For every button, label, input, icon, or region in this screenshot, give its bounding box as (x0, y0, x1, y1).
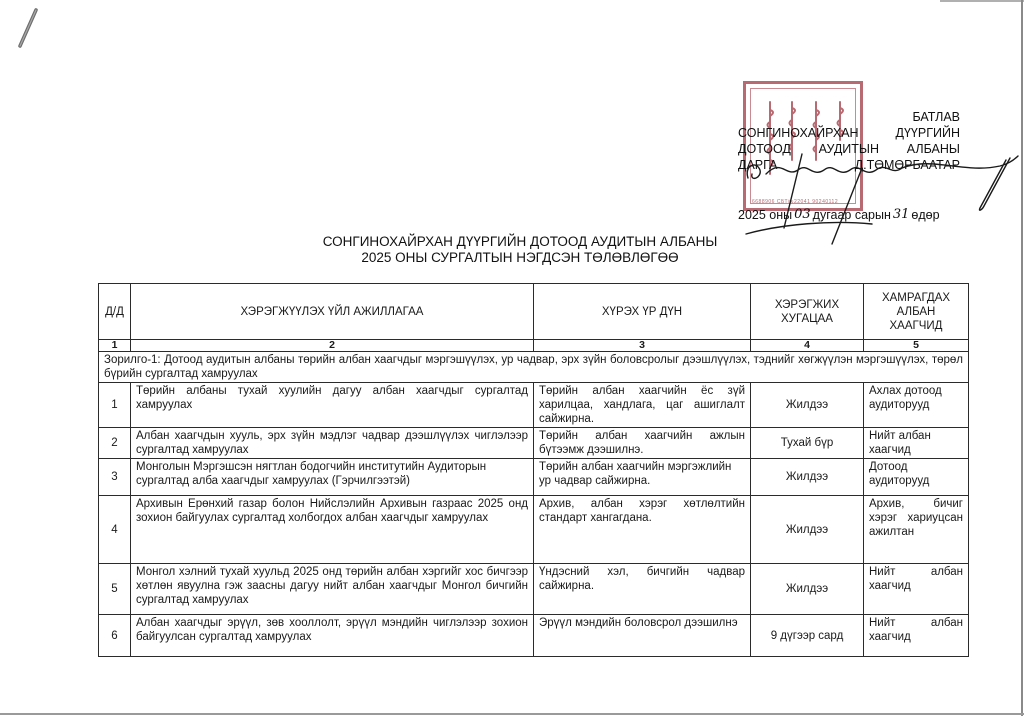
column-number: 5 (864, 340, 969, 352)
activity-cell: Монгол хэлний тухай хуульд 2025 онд төри… (131, 564, 534, 615)
row-number: 3 (99, 459, 131, 496)
title-line: 2025 ОНЫ СУРГАЛТЫН НЭГДСЭН ТӨЛӨВЛӨГӨӨ (250, 250, 790, 266)
goal-row: Зорилго-1: Дотоод аудитын албаны төрийн … (99, 352, 969, 383)
column-number: 3 (534, 340, 751, 352)
page-edge (940, 0, 1024, 2)
participants-cell: Архив, бичиг хэрэг хариуцсан ажилтан (864, 496, 969, 564)
result-cell: Архив, албан хэрэг хөтлөлтийн стандарт х… (534, 496, 751, 564)
table-row: 1 Төрийн албаны тухай хуулийн дагуу алба… (99, 383, 969, 428)
result-cell: Төрийн албан хаагчийн мэргэжлийн ур чадв… (534, 459, 751, 496)
title-line: СОНГИНОХАЙРХАН ДҮҮРГИЙН ДОТООД АУДИТЫН А… (250, 234, 790, 250)
goal-text: Зорилго-1: Дотоод аудитын албаны төрийн … (99, 352, 969, 383)
participants-cell: Нийт албан хаагчид (864, 428, 969, 459)
activity-cell: Төрийн албаны тухай хуулийн дагуу албан … (131, 383, 534, 428)
participants-cell: Ахлах дотоод аудиторууд (864, 383, 969, 428)
result-cell: Төрийн албан хаагчийн ёс зүй харилцаа, х… (534, 383, 751, 428)
table-header-row: Д/Д ХЭРЭГЖҮҮЛЭХ ҮЙЛ АЖИЛЛАГАА ХҮРЭХ ҮР Д… (99, 284, 969, 340)
table-row: 2 Албан хаагчдын хууль, эрх зүйн мэдлэг … (99, 428, 969, 459)
column-header: ХЭРЭГЖҮҮЛЭХ ҮЙЛ АЖИЛЛАГАА (131, 284, 534, 340)
row-number: 2 (99, 428, 131, 459)
activity-cell: Архивын Ерөнхий газар болон Нийслэлийн А… (131, 496, 534, 564)
table-row: 6 Албан хаагчдыг эрүүл, зөв хооллолт, эр… (99, 615, 969, 657)
column-number: 1 (99, 340, 131, 352)
activity-cell: Албан хаагчдыг эрүүл, зөв хооллолт, эрүү… (131, 615, 534, 657)
column-number: 4 (751, 340, 864, 352)
pen-mark-icon (12, 6, 42, 50)
timing-cell: Жилдээ (751, 564, 864, 615)
column-number-row: 1 2 3 4 5 (99, 340, 969, 352)
row-number: 5 (99, 564, 131, 615)
column-header: ХҮРЭХ ҮР ДҮН (534, 284, 751, 340)
training-plan-table: Д/Д ХЭРЭГЖҮҮЛЭХ ҮЙЛ АЖИЛЛАГАА ХҮРЭХ ҮР Д… (98, 283, 969, 657)
approve-label: БАТЛАВ (912, 109, 960, 125)
timing-cell: Жилдээ (751, 383, 864, 428)
row-number: 1 (99, 383, 131, 428)
timing-cell: 9 дүгээр сард (751, 615, 864, 657)
page-edge (0, 713, 1024, 715)
approver-org: СОНГИНОХАЙРХАН (738, 125, 859, 141)
activity-cell: Албан хаагчдын хууль, эрх зүйн мэдлэг ча… (131, 428, 534, 459)
participants-cell: Нийт албан хаагчид (864, 615, 969, 657)
timing-cell: Тухай бүр (751, 428, 864, 459)
participants-cell: Нийт албан хаагчид (864, 564, 969, 615)
page-edge (1021, 0, 1023, 716)
table-row: 4 Архивын Ерөнхий газар болон Нийслэлийн… (99, 496, 969, 564)
table-row: 5 Монгол хэлний тухай хуульд 2025 онд тө… (99, 564, 969, 615)
approver-org: ДҮҮРГИЙН (896, 125, 960, 141)
column-number: 2 (131, 340, 534, 352)
column-header: ХЭРЭГЖИХ ХУГАЦАА (751, 284, 864, 340)
result-cell: Төрийн албан хаагчийн ажлын бүтээмж дээш… (534, 428, 751, 459)
table-row: 3 Монголын Мэргэшсэн нягтлан бодогчийн и… (99, 459, 969, 496)
column-header: Д/Д (99, 284, 131, 340)
row-number: 4 (99, 496, 131, 564)
timing-cell: Жилдээ (751, 496, 864, 564)
timing-cell: Жилдээ (751, 459, 864, 496)
activity-cell: Монголын Мэргэшсэн нягтлан бодогчийн инс… (131, 459, 534, 496)
document-title: СОНГИНОХАЙРХАН ДҮҮРГИЙН ДОТООД АУДИТЫН А… (250, 234, 790, 266)
signature-icon (742, 148, 1024, 248)
result-cell: Үндэсний хэл, бичгийн чадвар сайжирна. (534, 564, 751, 615)
row-number: 6 (99, 615, 131, 657)
participants-cell: Дотоод аудиторууд (864, 459, 969, 496)
result-cell: Эрүүл мэндийн боловсрол дээшилнэ (534, 615, 751, 657)
column-header: ХАМРАГДАХ АЛБАН ХААГЧИД (864, 284, 969, 340)
